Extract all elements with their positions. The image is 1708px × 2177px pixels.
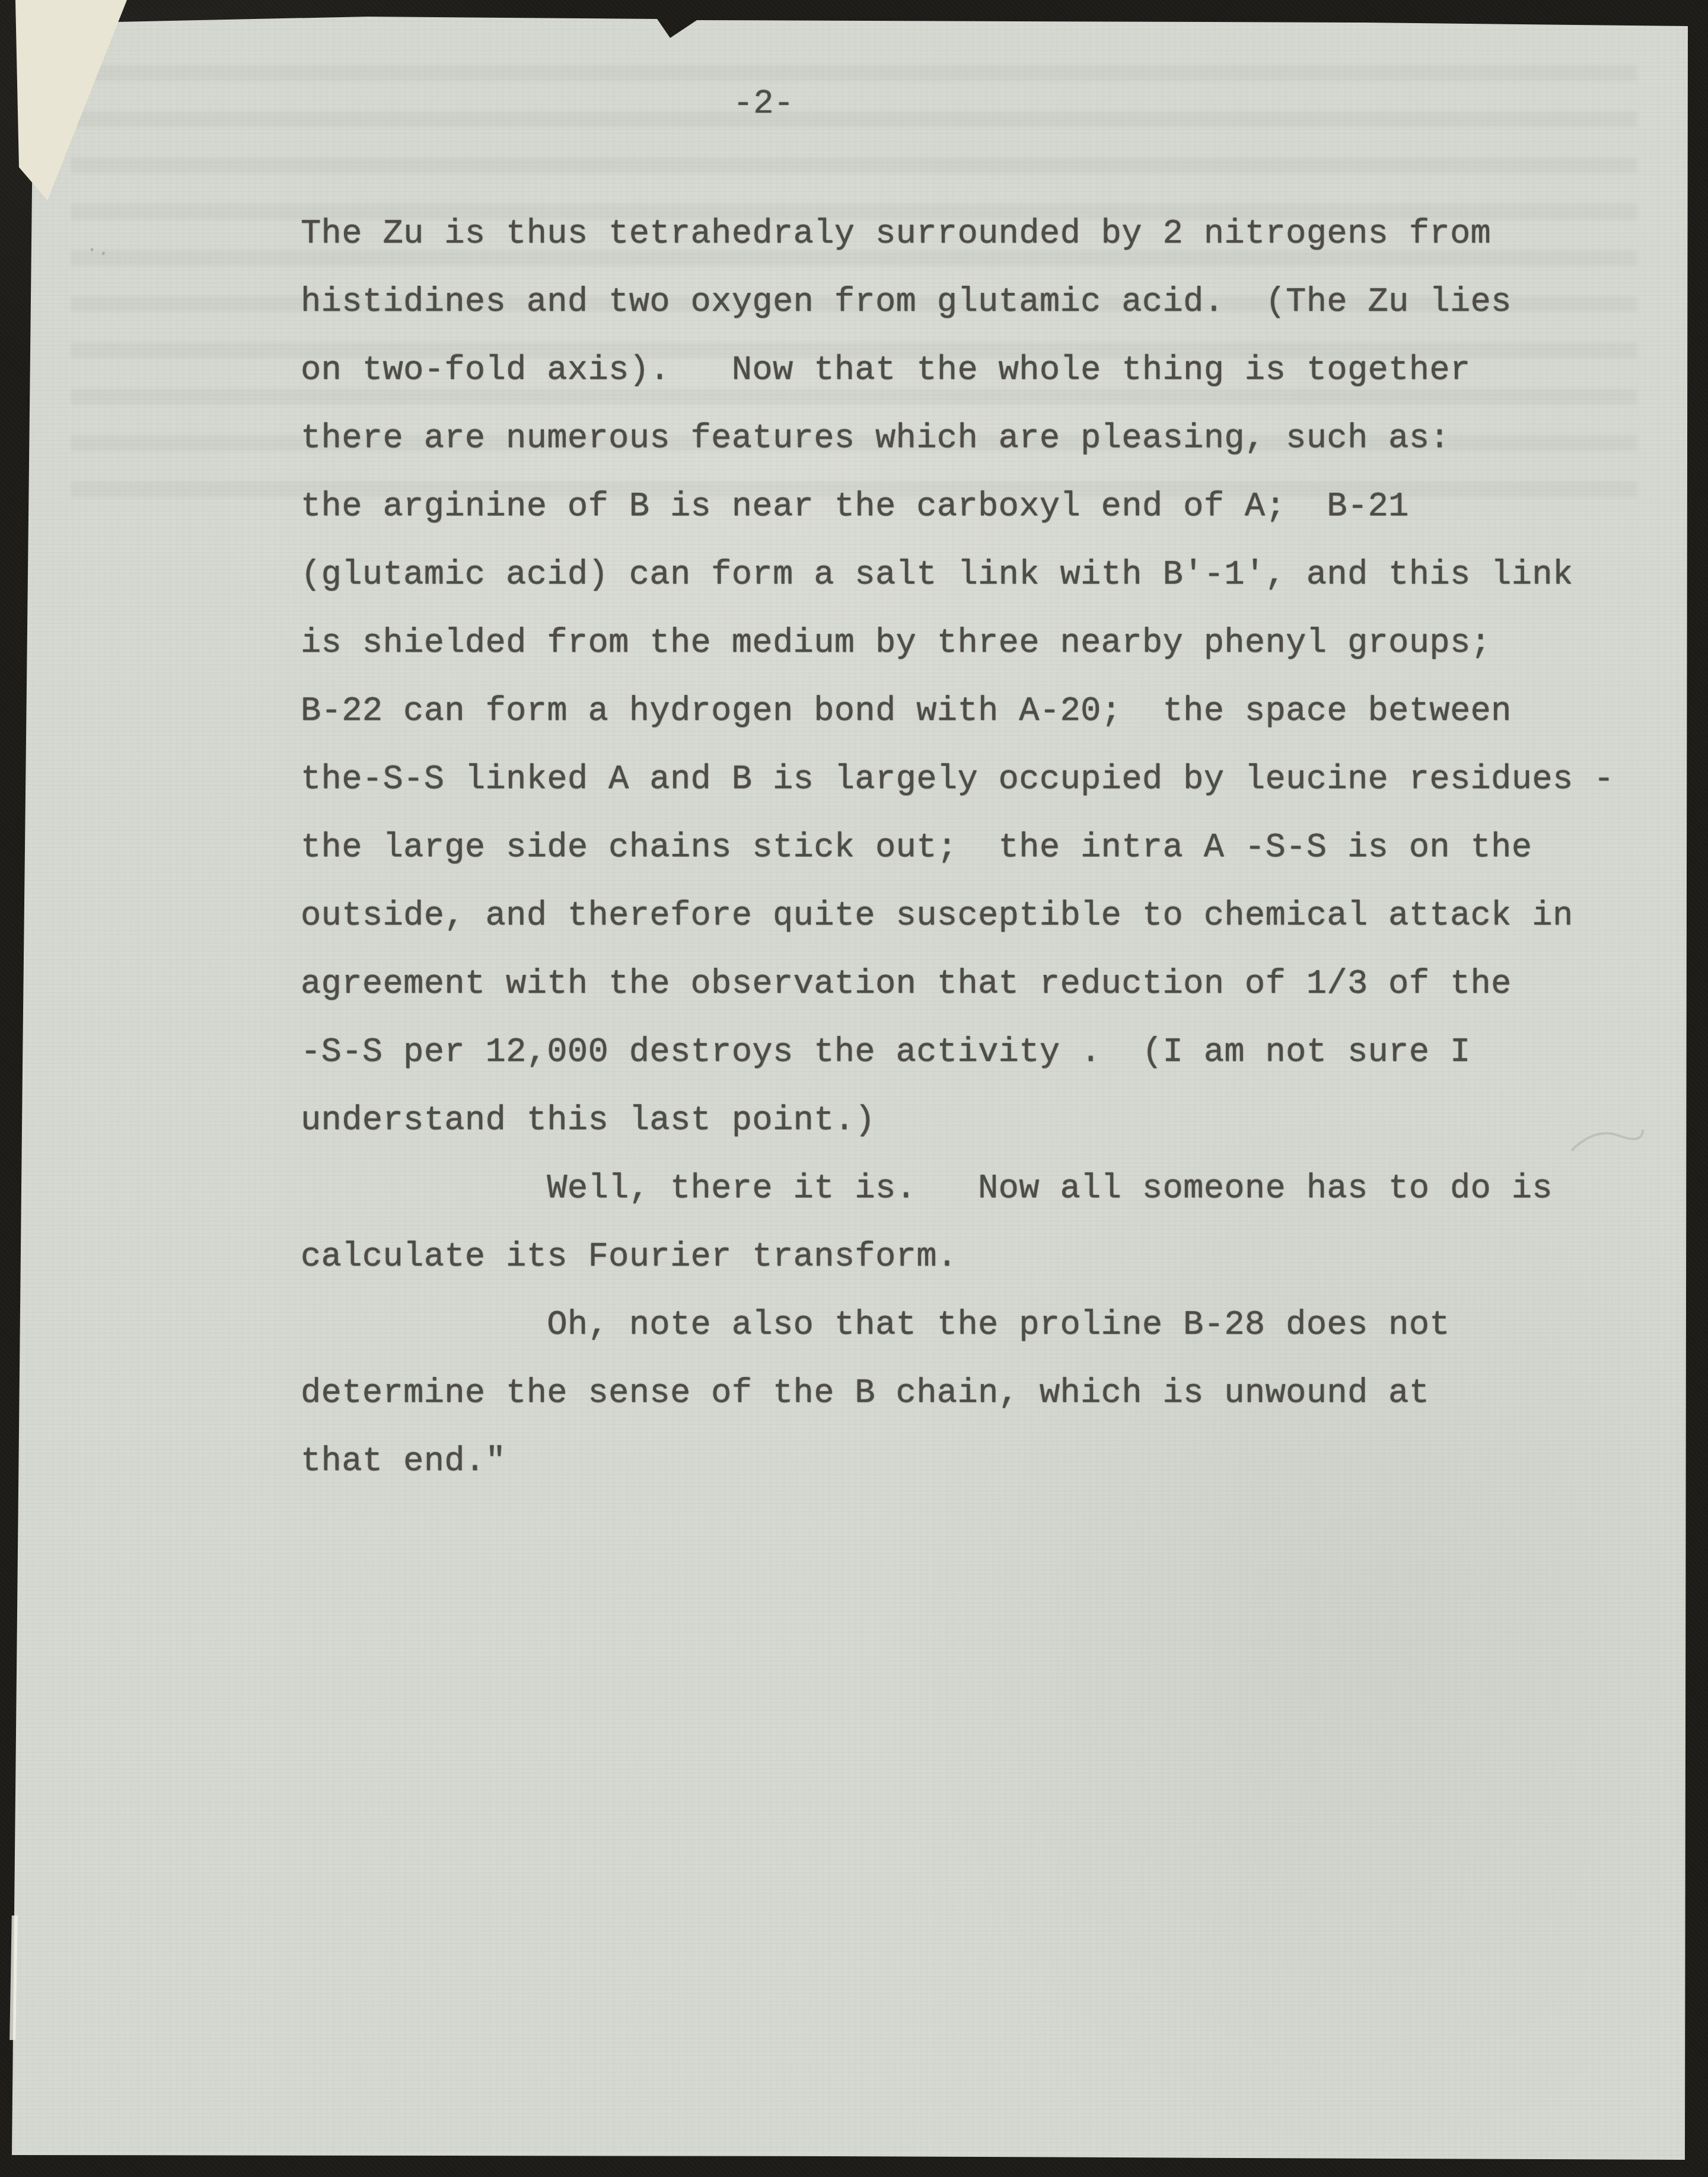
text-line: calculate its Fourier transform.: [301, 1223, 1546, 1292]
text-line: on two-fold axis). Now that the whole th…: [301, 337, 1546, 405]
text-line: is shielded from the medium by three nea…: [301, 610, 1546, 678]
text-line: there are numerous features which are pl…: [301, 405, 1546, 473]
text-line: the-S-S linked A and B is largely occupi…: [301, 746, 1546, 814]
text-line: determine the sense of the B chain, whic…: [301, 1360, 1546, 1428]
text-line: the arginine of B is near the carboxyl e…: [301, 473, 1546, 541]
text-line: The Zu is thus tetrahedraly surrounded b…: [301, 200, 1546, 269]
page-number: -2-: [733, 87, 794, 122]
text-line: Well, there it is. Now all someone has t…: [301, 1155, 1546, 1223]
scanned-letter-page: -2- The Zu is thus tetrahedraly surround…: [0, 0, 1708, 2177]
text-line: the large side chains stick out; the int…: [301, 814, 1546, 882]
text-line: histidines and two oxygen from glutamic …: [301, 269, 1546, 337]
letter-body: The Zu is thus tetrahedraly surrounded b…: [301, 200, 1546, 1496]
text-line: (glutamic acid) can form a salt link wit…: [301, 541, 1546, 610]
text-line: agreement with the observation that redu…: [301, 951, 1546, 1019]
text-line: B-22 can form a hydrogen bond with A-20;…: [301, 678, 1546, 746]
text-line: understand this last point.): [301, 1087, 1546, 1155]
scratch-mark: [1566, 1115, 1649, 1168]
text-line: Oh, note also that the proline B-28 does…: [301, 1292, 1546, 1360]
text-line: that end.": [301, 1428, 1546, 1496]
text-line: -S-S per 12,000 destroys the activity . …: [301, 1019, 1546, 1087]
text-line: outside, and therefore quite susceptible…: [301, 882, 1546, 951]
